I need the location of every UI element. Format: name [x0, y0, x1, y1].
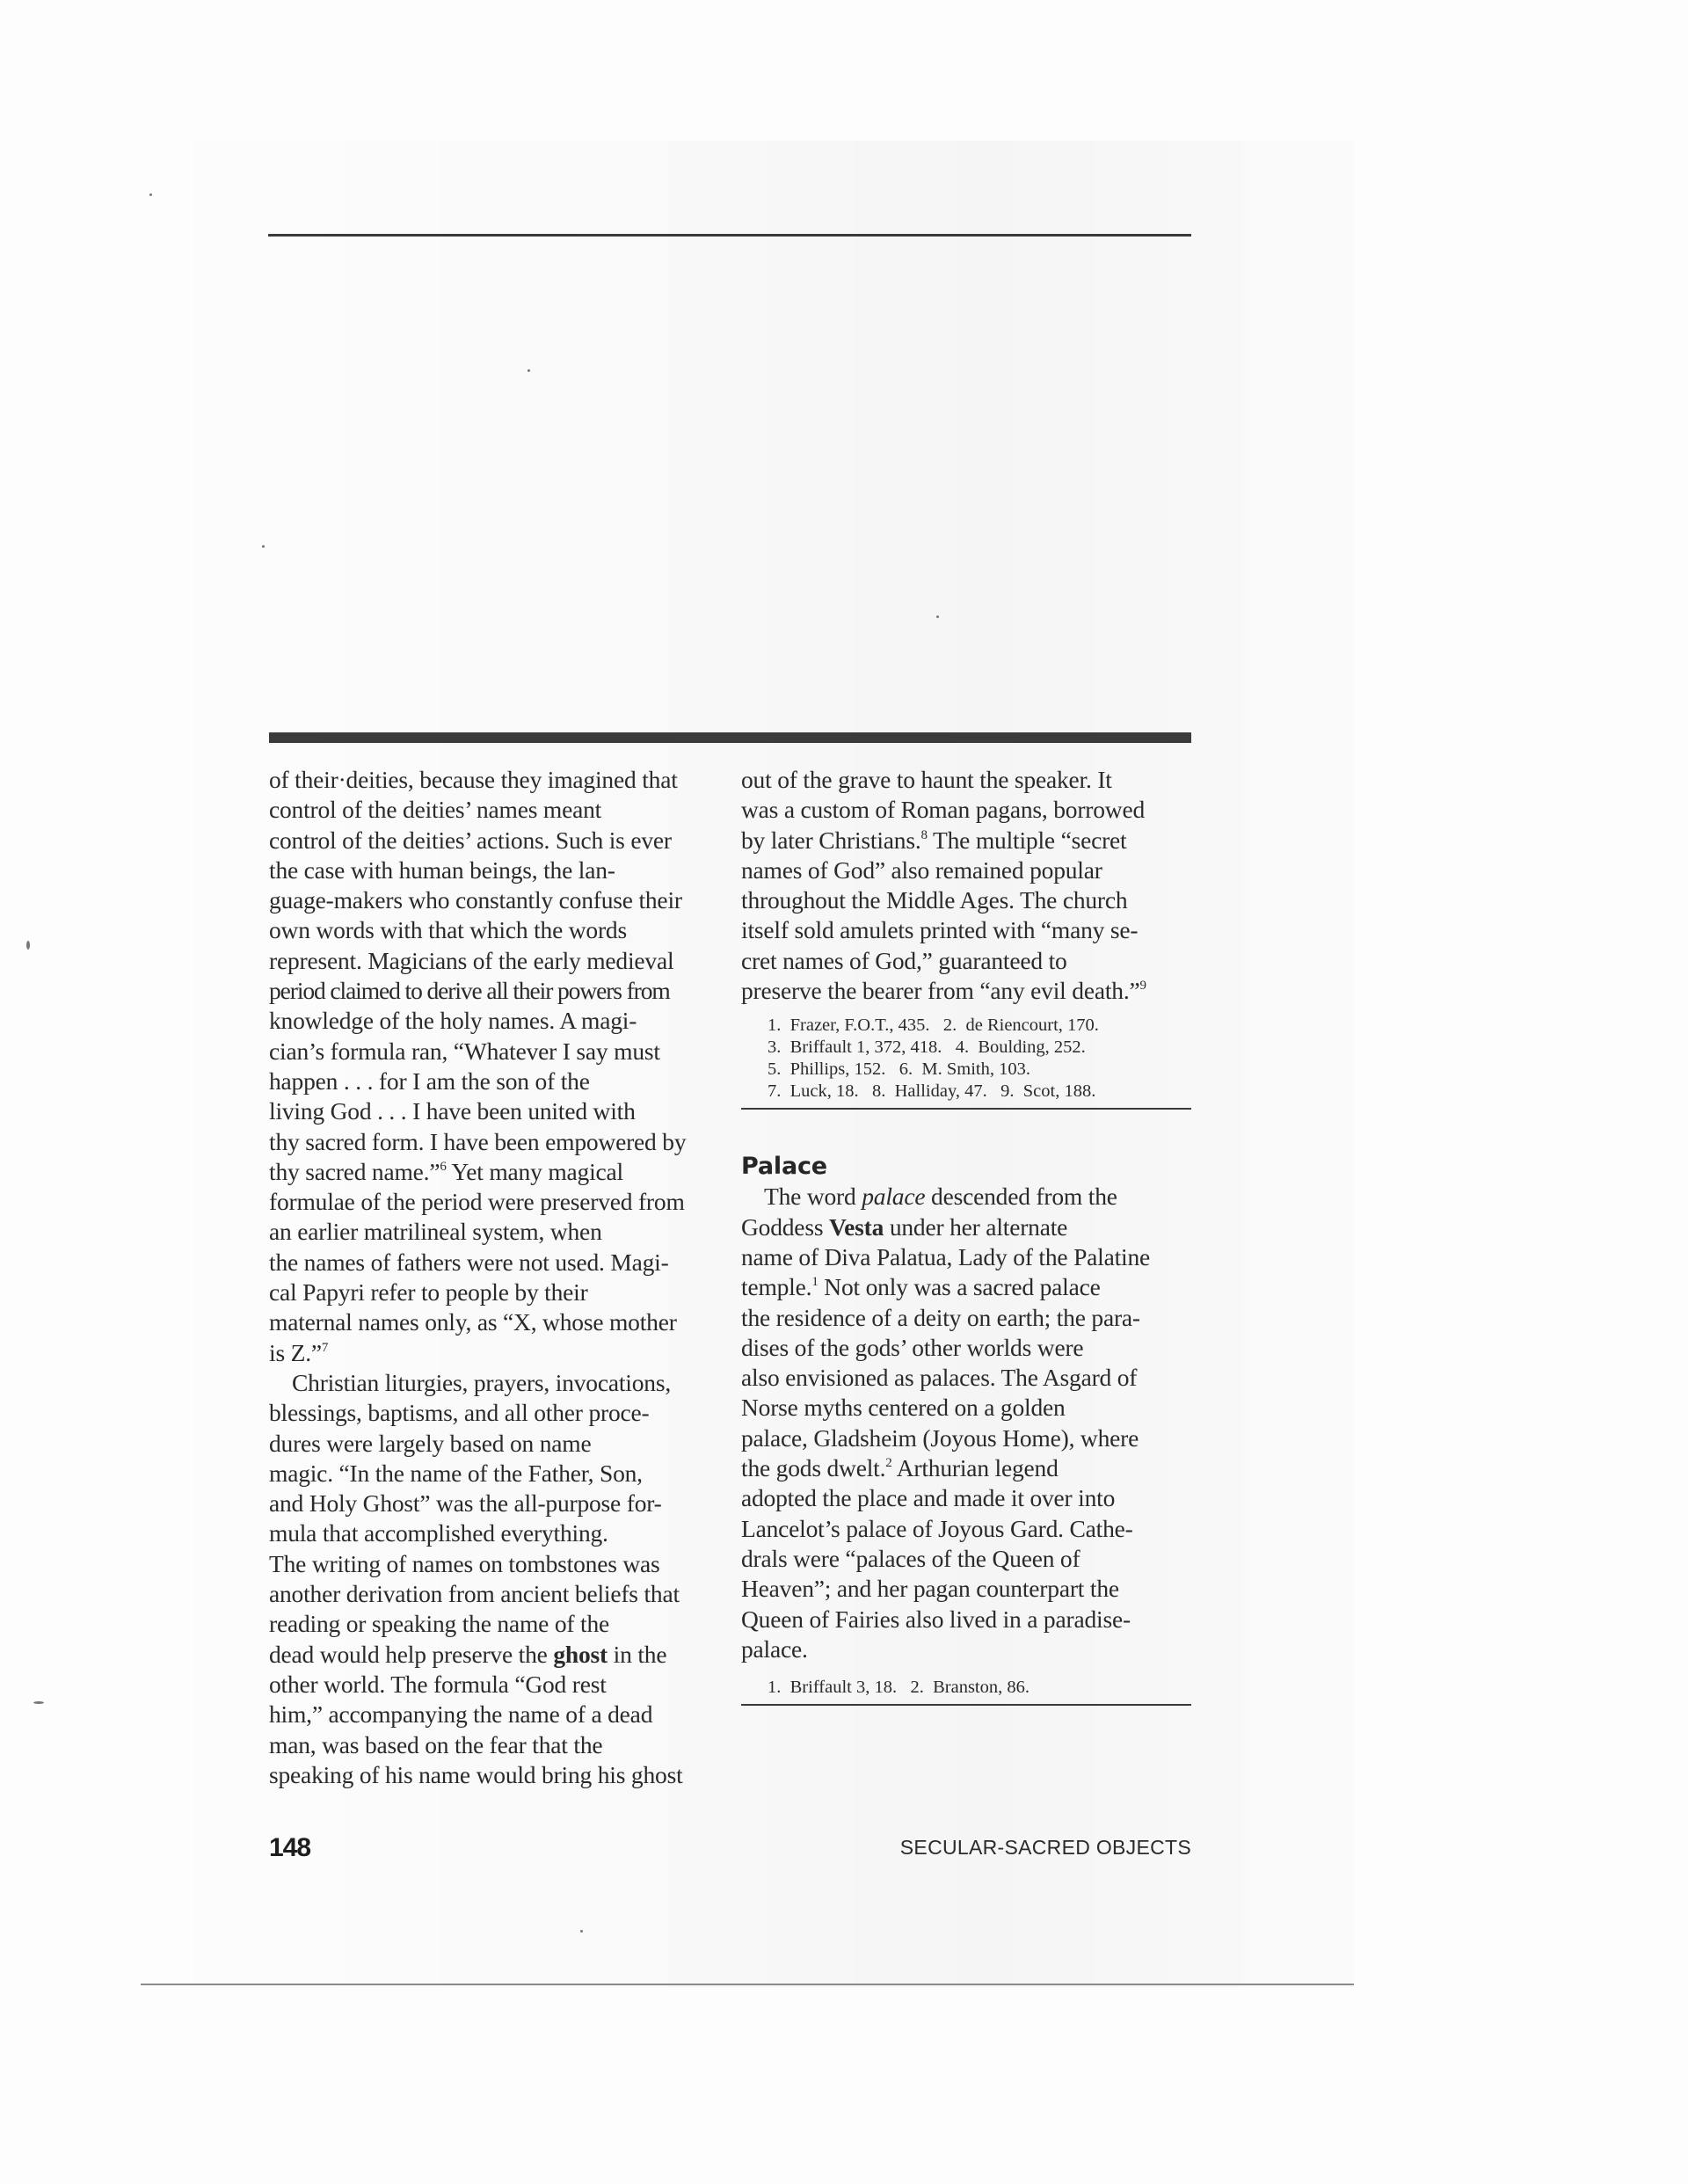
text-line: living God . . . I have been united with [269, 1096, 726, 1126]
text-line: dead would help preserve the ghost in th… [269, 1640, 726, 1670]
text-line: and Holy Ghost” was the all-purpose for- [269, 1489, 726, 1518]
text-line: the gods dwelt.2 Arthurian legend [741, 1453, 1191, 1483]
text-line: The writing of names on tombstones was [269, 1549, 726, 1579]
text-line: itself sold amulets printed with “many s… [741, 915, 1191, 945]
text-span: The word [764, 1183, 862, 1210]
text-span: by later Christians. [741, 826, 921, 854]
left-column: of their·deities, because they imagined … [269, 765, 726, 1790]
text-line: guage-makers who constantly confuse thei… [269, 885, 726, 915]
text-line: formulae of the period were preserved fr… [269, 1187, 726, 1217]
text-line: temple.1 Not only was a sacred palace [741, 1272, 1191, 1302]
text-line: blessings, baptisms, and all other proce… [269, 1398, 726, 1428]
right-column: out of the grave to haunt the speaker. I… [741, 765, 1191, 1706]
entry-heading-palace: Palace [741, 1152, 1191, 1182]
text-line: the names of fathers were not used. Magi… [269, 1248, 726, 1278]
text-line: control of the deities’ names meant [269, 795, 726, 825]
text-line: own words with that which the words [269, 915, 726, 945]
text-line: of their·deities, because they imagined … [269, 765, 726, 795]
text-line: dures were largely based on name [269, 1429, 726, 1459]
text-line: palace, Gladsheim (Joyous Home), where [741, 1423, 1191, 1453]
text-span: the gods dwelt. [741, 1454, 885, 1481]
text-line: is Z.”7 [269, 1338, 726, 1368]
text-span: Goddess [741, 1213, 829, 1241]
text-line: man, was based on the fear that the [269, 1730, 726, 1760]
text-line: happen . . . for I am the son of the [269, 1067, 726, 1096]
scan-page-edge [141, 1984, 1354, 1985]
text-span: in the [608, 1641, 666, 1668]
text-span: temple. [741, 1273, 811, 1300]
scan-speck [26, 941, 30, 950]
cross-reference-ghost[interactable]: ghost [553, 1641, 608, 1668]
footnote-ref-7[interactable]: 7 [322, 1341, 328, 1355]
text-line: speaking of his name would bring his gho… [269, 1760, 726, 1790]
footnote-line: 5. Phillips, 152. 6. M. Smith, 103. [768, 1059, 1191, 1081]
text-line: The word palace descended from the [741, 1182, 1191, 1212]
text-line: throughout the Middle Ages. The church [741, 885, 1191, 915]
text-line: Norse myths centered on a golden [741, 1393, 1191, 1423]
text-line: palace. [741, 1634, 1191, 1664]
text-line: him,” accompanying the name of a dead [269, 1700, 726, 1729]
footnotes-names: 1. Frazer, F.O.T., 435. 2. de Riencourt,… [741, 1015, 1191, 1103]
text-span: dead would help preserve the [269, 1641, 553, 1668]
scan-speck [936, 615, 939, 618]
footnote-line: 1. Frazer, F.O.T., 435. 2. de Riencourt,… [768, 1015, 1191, 1037]
footnote-ref-2[interactable]: 2 [885, 1456, 891, 1470]
text-line: dises of the gods’ other worlds were [741, 1333, 1191, 1363]
text-line: Queen of Fairies also lived in a paradis… [741, 1605, 1191, 1634]
text-span: under her alternate [884, 1213, 1067, 1241]
text-span: Arthurian legend [892, 1454, 1059, 1481]
text-line: represent. Magicians of the early mediev… [269, 946, 726, 976]
text-line: mula that accomplished everything. [269, 1518, 726, 1548]
italic-term: palace [862, 1183, 925, 1210]
text-span: Not only was a sacred palace [819, 1273, 1101, 1300]
footnote-ref-6[interactable]: 6 [440, 1160, 446, 1174]
section-rule [269, 732, 1191, 743]
text-line: also envisioned as palaces. The Asgard o… [741, 1363, 1191, 1393]
footnote-rule [741, 1108, 1191, 1110]
text-line: thy sacred name.”6 Yet many magical [269, 1157, 726, 1187]
scan-speck [149, 193, 152, 196]
text-line: name of Diva Palatua, Lady of the Palati… [741, 1242, 1191, 1272]
text-line: maternal names only, as “X, whose mother [269, 1307, 726, 1337]
text-line: the residence of a deity on earth; the p… [741, 1303, 1191, 1333]
text-line: drals were “palaces of the Queen of [741, 1544, 1191, 1574]
footnote-line: 1. Briffault 3, 18. 2. Branston, 86. [768, 1677, 1191, 1699]
text-line: preserve the bearer from “any evil death… [741, 976, 1191, 1006]
text-line: reading or speaking the name of the [269, 1609, 726, 1639]
text-line: was a custom of Roman pagans, borrowed [741, 795, 1191, 825]
text-span: is Z.” [269, 1339, 322, 1366]
text-line: knowledge of the holy names. A magi- [269, 1006, 726, 1036]
text-span: descended from the [925, 1183, 1117, 1210]
text-line: period claimed to derive all their power… [269, 976, 726, 1006]
footnote-rule [741, 1704, 1191, 1706]
cross-reference-vesta[interactable]: Vesta [829, 1213, 884, 1241]
text-line: cret names of God,” guaranteed to [741, 946, 1191, 976]
footnote-line: 3. Briffault 1, 372, 418. 4. Boulding, 2… [768, 1037, 1191, 1059]
text-span: Yet many magical [447, 1158, 623, 1185]
footnote-ref-8[interactable]: 8 [921, 828, 928, 842]
text-line: an earlier matrilineal system, when [269, 1217, 726, 1247]
text-line: another derivation from ancient beliefs … [269, 1579, 726, 1609]
text-line: other world. The formula “God rest [269, 1670, 726, 1700]
text-line: cal Papyri refer to people by their [269, 1278, 726, 1307]
text-line: magic. “In the name of the Father, Son, [269, 1459, 726, 1489]
text-line: by later Christians.8 The multiple “secr… [741, 826, 1191, 855]
text-line: cian’s formula ran, “Whatever I say must [269, 1037, 726, 1067]
top-rule [268, 234, 1191, 237]
scan-speck [527, 369, 530, 372]
page-number: 148 [269, 1833, 310, 1863]
text-line: thy sacred form. I have been empowered b… [269, 1127, 726, 1157]
running-footer: SECULAR-SACRED OBJECTS [900, 1836, 1191, 1860]
text-line: Goddess Vesta under her alternate [741, 1212, 1191, 1242]
text-span: preserve the bearer from “any evil death… [741, 977, 1140, 1004]
footnote-ref-9[interactable]: 9 [1140, 979, 1146, 993]
text-line: Heaven”; and her pagan counterpart the [741, 1574, 1191, 1604]
scan-speck [580, 1930, 583, 1933]
text-line: adopted the place and made it over into [741, 1483, 1191, 1513]
scan-speck [262, 545, 265, 548]
text-line: control of the deities’ actions. Such is… [269, 826, 726, 855]
footnote-line: 7. Luck, 18. 8. Halliday, 47. 9. Scot, 1… [768, 1081, 1191, 1103]
text-line: the case with human beings, the lan- [269, 855, 726, 885]
text-span: thy sacred name.” [269, 1158, 440, 1185]
footnote-ref-1[interactable]: 1 [811, 1275, 818, 1289]
text-line: Christian liturgies, prayers, invocation… [269, 1368, 726, 1398]
scan-speck [33, 1701, 44, 1704]
text-line: names of God” also remained popular [741, 855, 1191, 885]
footnotes-palace: 1. Briffault 3, 18. 2. Branston, 86. [741, 1677, 1191, 1699]
text-line: out of the grave to haunt the speaker. I… [741, 765, 1191, 795]
text-span: The multiple “secret [928, 826, 1127, 854]
text-line: Lancelot’s palace of Joyous Gard. Cathe- [741, 1514, 1191, 1544]
